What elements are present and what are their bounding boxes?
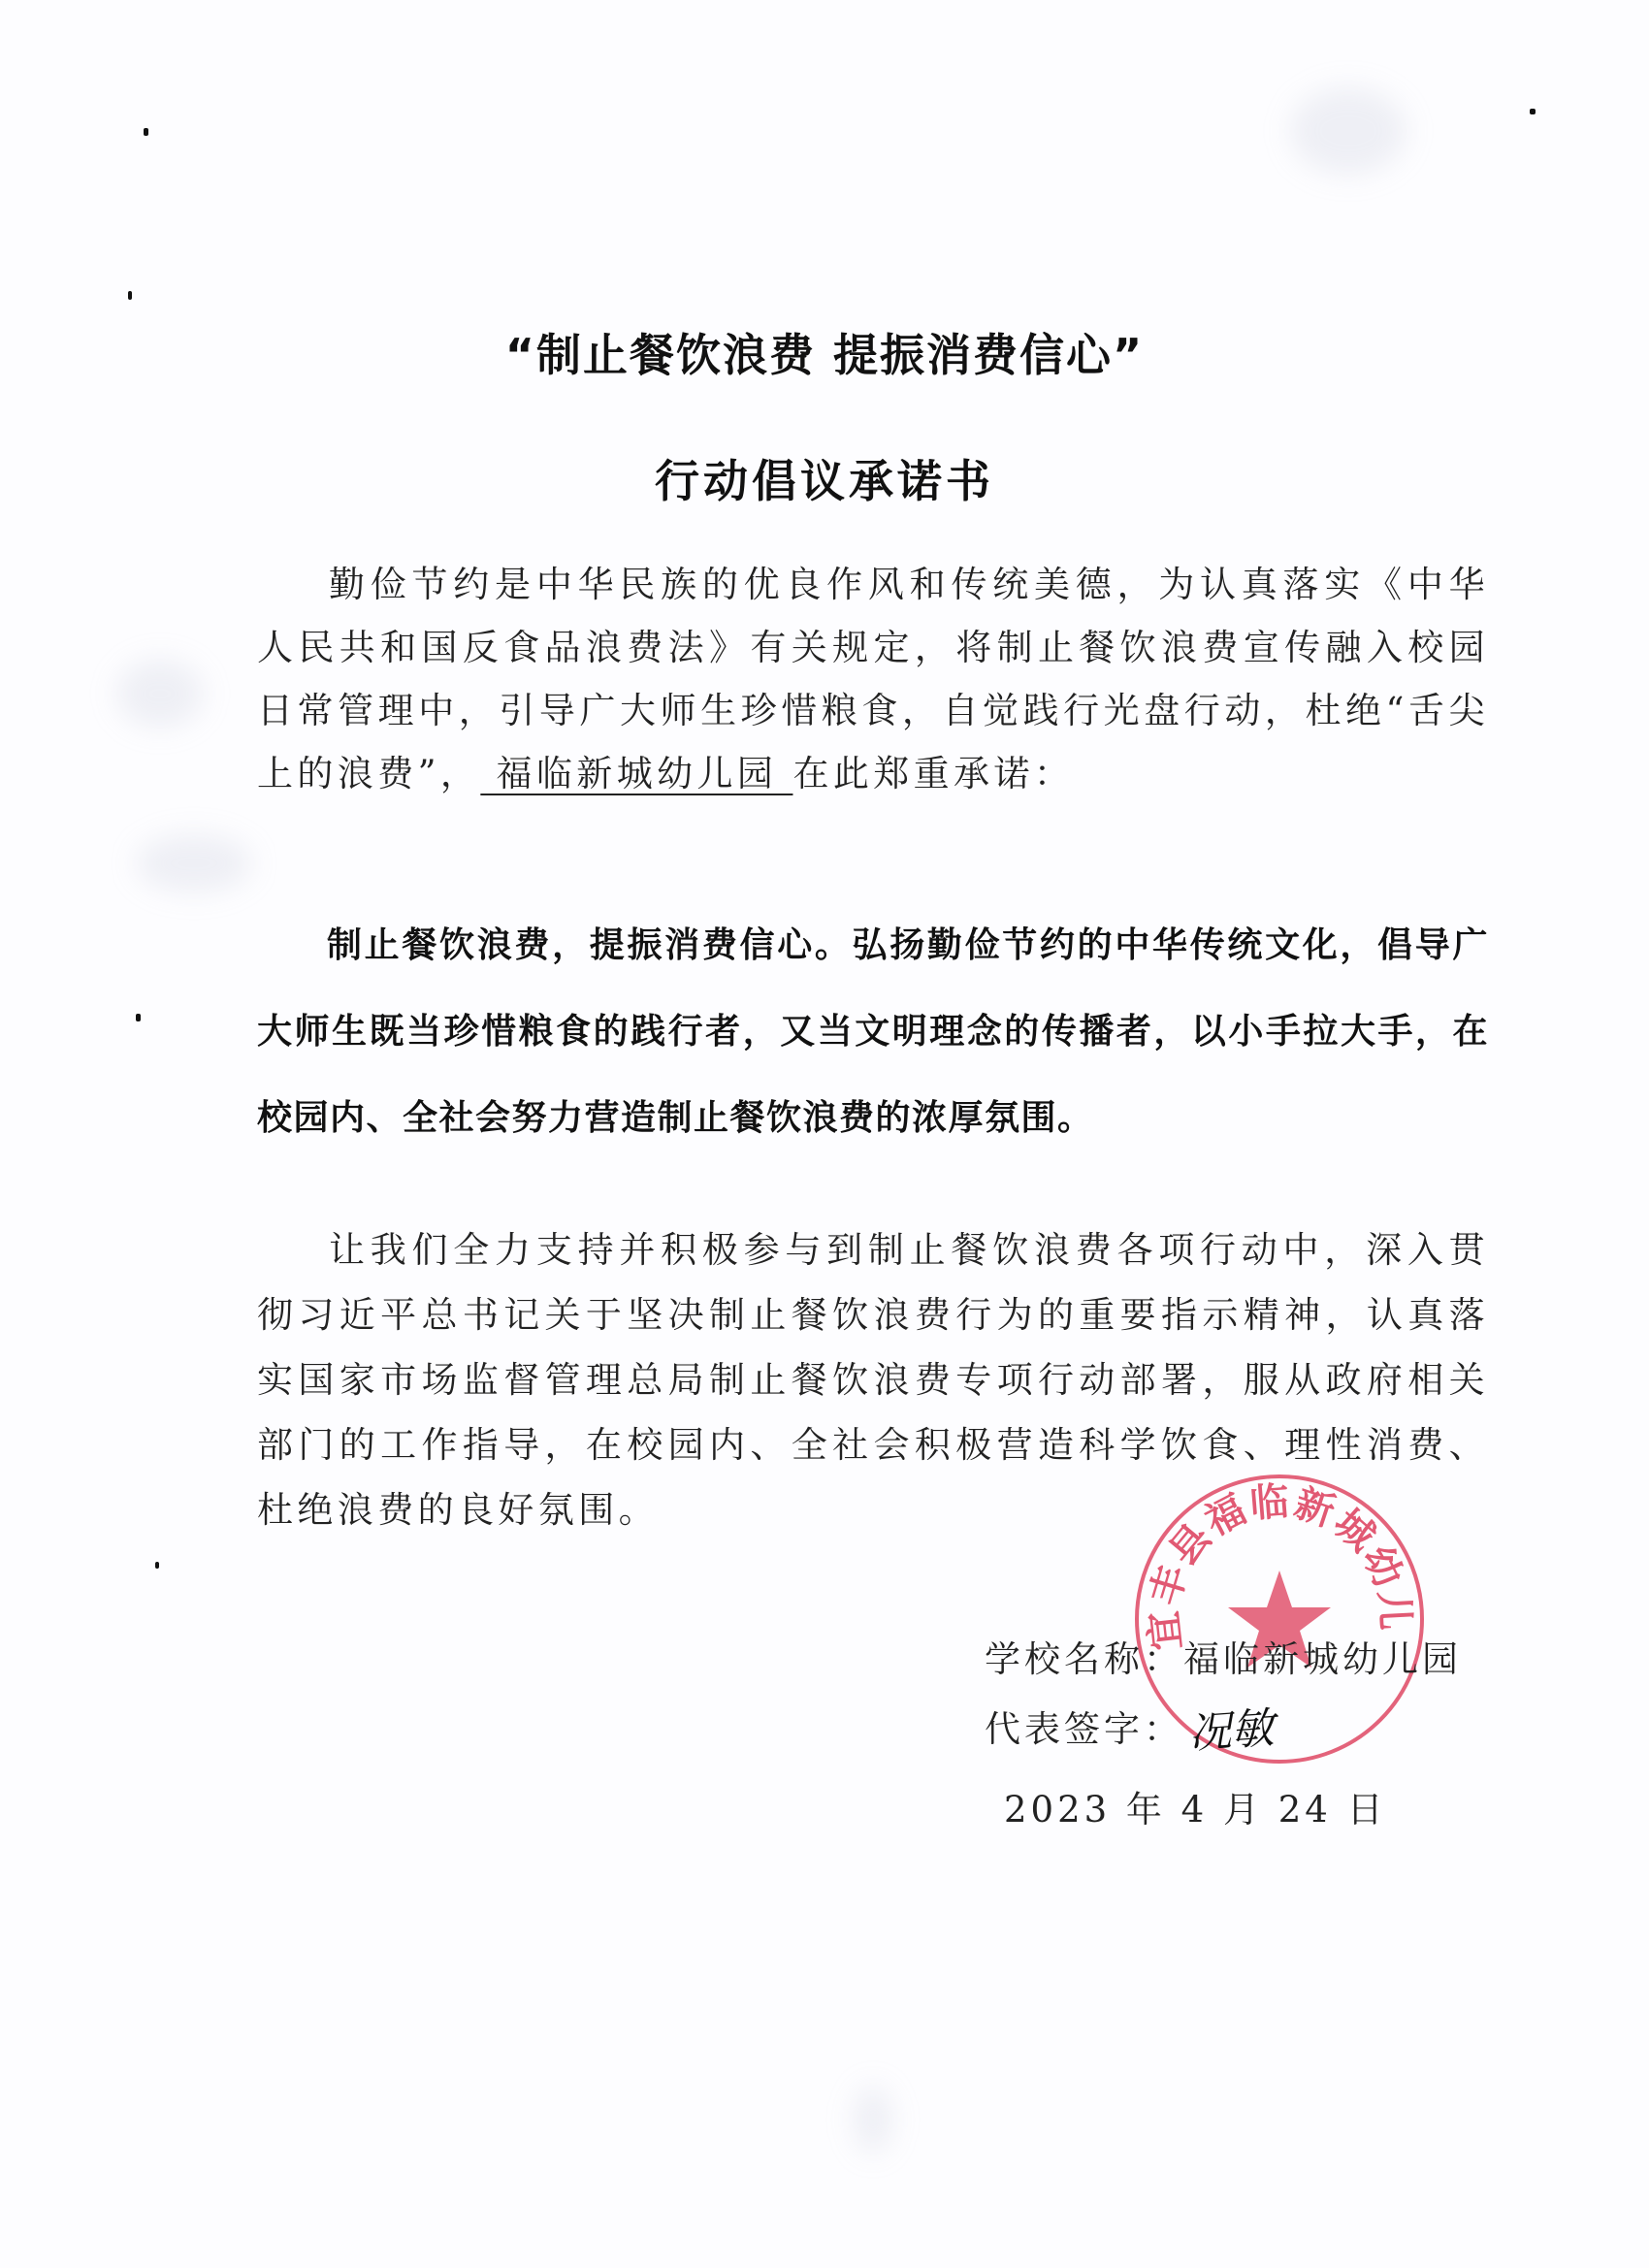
document-date: 2023 年 4 月 24 日 [1004, 1780, 1387, 1832]
document-title: “制止餐饮浪费 提振消费信心” [0, 320, 1649, 384]
scan-speck [1530, 109, 1536, 114]
commitment-text: 制止餐饮浪费，提振消费信心。弘扬勤俭节约的中华传统文化，倡导广大师生既当珍惜粮食… [257, 902, 1489, 1161]
scan-smudge [116, 660, 204, 728]
scan-speck [136, 1014, 141, 1021]
school-name-blank: 福临新城幼儿园 [480, 753, 792, 794]
intro-text-end: 在此郑重承诺： [792, 753, 1074, 794]
school-name-value: 福临新城幼儿园 [1183, 1638, 1462, 1680]
scan-speck [128, 291, 132, 300]
commitment-paragraph: 制止餐饮浪费，提振消费信心。弘扬勤俭节约的中华传统文化，倡导广大师生既当珍惜粮食… [257, 902, 1489, 1161]
school-name-line: 学校名称：福临新城幼儿园 [985, 1630, 1462, 1682]
document-subtitle: 行动倡议承诺书 [0, 446, 1649, 510]
representative-line: 代表签字： [985, 1700, 1183, 1752]
handwritten-signature: 况敏 [1186, 1693, 1276, 1761]
intro-paragraph: 勤俭节约是中华民族的优良作风和传统美德，为认真落实《中华人民共和国反食品浪费法》… [257, 553, 1489, 805]
scan-smudge [1290, 87, 1406, 175]
scan-speck [155, 1562, 159, 1569]
school-name-label: 学校名称： [985, 1638, 1183, 1680]
representative-label: 代表签字： [985, 1708, 1183, 1750]
scan-smudge [136, 834, 252, 892]
scan-speck [144, 128, 148, 136]
scan-smudge [854, 2086, 892, 2154]
